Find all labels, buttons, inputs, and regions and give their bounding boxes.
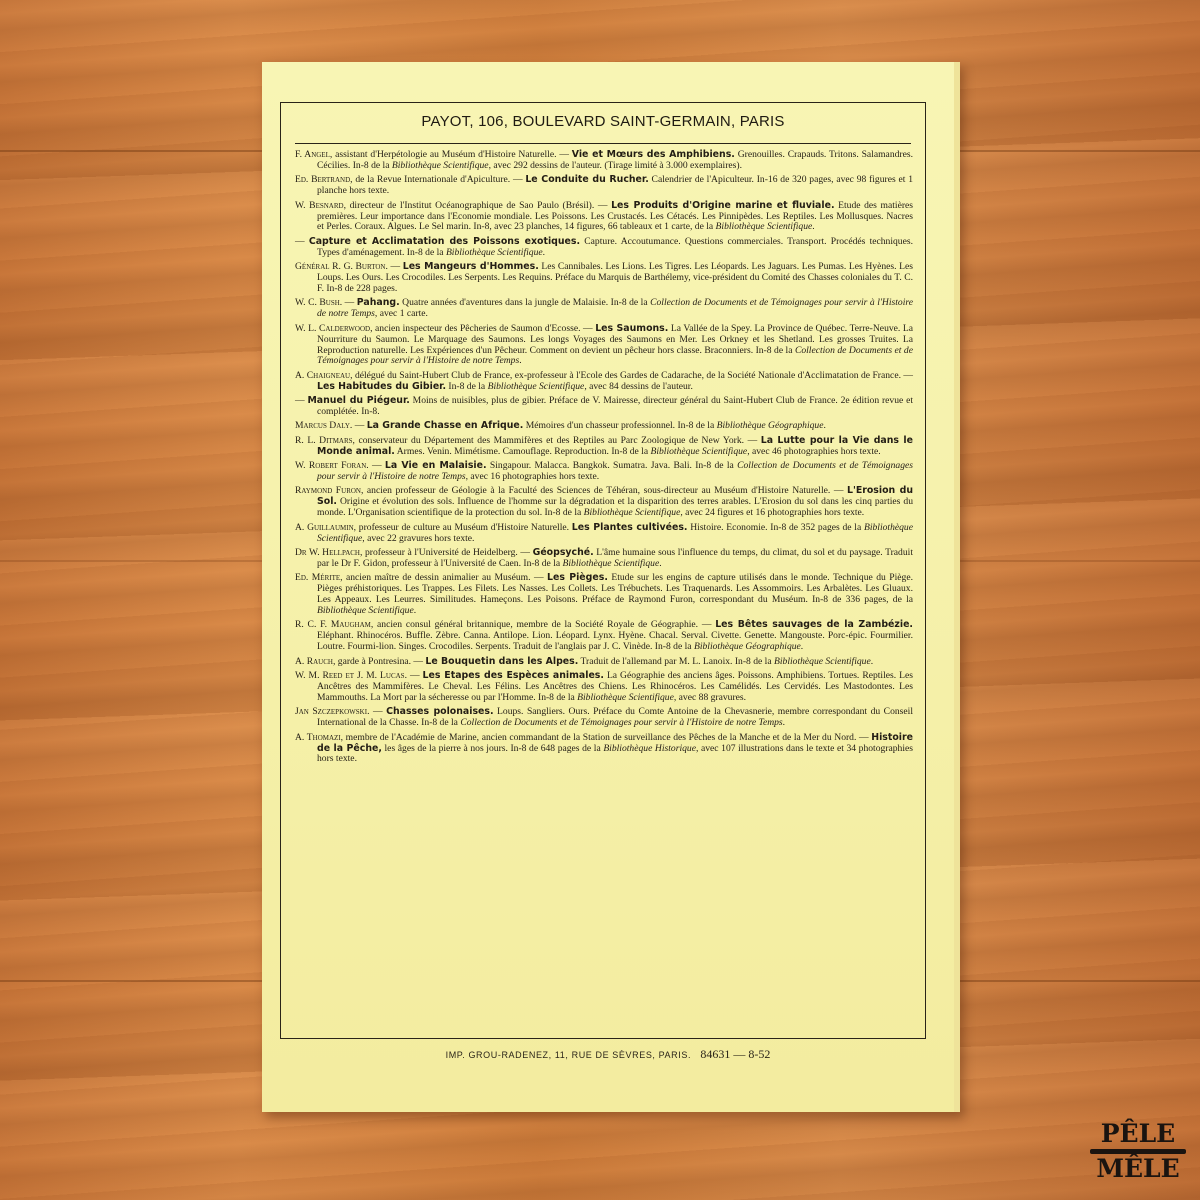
- entry-title: Les Pièges.: [547, 572, 608, 583]
- catalogue-entry: Ed. Bertrand, de la Revue Internationale…: [295, 175, 913, 197]
- catalogue-entry: A. Thomazi, membre de l'Académie de Mari…: [295, 733, 913, 766]
- entry-author: Ed. Mérite: [295, 572, 340, 583]
- catalogue-entry: W. M. Reed et J. M. Lucas. — Les Etapes …: [295, 671, 913, 704]
- catalogue-entry: A. Chaigneau, délégué du Saint-Hubert Cl…: [295, 371, 913, 393]
- entry-title: La Grande Chasse en Afrique.: [367, 420, 524, 431]
- entry-details: Quatre années d'aventures dans la jungle…: [400, 297, 650, 308]
- catalogue-entry: Ed. Mérite, ancien maître de dessin anim…: [295, 573, 913, 617]
- entry-tail: , avec 24 figures et 16 photographies ho…: [680, 507, 864, 518]
- entry-title: La Vie en Malaisie.: [385, 460, 487, 471]
- entry-description: , assistant d'Herpétologie au Muséum d'H…: [330, 149, 572, 160]
- entry-details: Traduit de l'allemand par M. L. Lanoix. …: [578, 656, 774, 667]
- entry-description: . —: [366, 460, 385, 471]
- catalogue-entry: Jan Szczepkowski. — Chasses polonaises. …: [295, 707, 913, 729]
- entry-tail: .: [801, 641, 803, 652]
- imprint-number: 84631 — 8-52: [700, 1047, 770, 1061]
- entry-title: Les Etapes des Espèces animales.: [423, 670, 604, 681]
- entry-author: W. Besnard: [295, 200, 344, 211]
- entry-author: A. Thomazi: [295, 732, 341, 743]
- entry-description: . —: [350, 420, 367, 431]
- entry-series: Bibliothèque Scientifique: [584, 507, 681, 518]
- catalogue-entry: Raymond Furon, ancien professeur de Géol…: [295, 486, 913, 519]
- entry-tail: .: [659, 558, 661, 569]
- entry-tail: .: [783, 717, 785, 728]
- catalogue-entry: W. L. Calderwood, ancien inspecteur des …: [295, 324, 913, 368]
- entry-series: Bibliothèque Scientifique: [488, 381, 585, 392]
- entry-series: Bibliothèque Géographique: [694, 641, 801, 652]
- entry-author: A. Chaigneau: [295, 370, 350, 381]
- entry-author: Général R. G. Burton: [295, 261, 385, 272]
- entry-description: . —: [405, 670, 423, 681]
- publisher-header: PAYOT, 106, BOULEVARD SAINT-GERMAIN, PAR…: [281, 103, 925, 137]
- entry-title: Les Bêtes sauvages de la Zambézie.: [715, 619, 913, 630]
- entry-description: , professeur à l'Université de Heidelber…: [360, 547, 533, 558]
- entry-description: , délégué du Saint-Hubert Club de France…: [350, 370, 913, 381]
- entry-description: , ancien maître de dessin animalier au M…: [340, 572, 547, 583]
- entry-author: F. Angel: [295, 149, 330, 160]
- entry-details: Mémoires d'un chasseur professionnel. In…: [523, 420, 716, 431]
- catalogue-entry: — Manuel du Piégeur. Moins de nuisibles,…: [295, 396, 913, 418]
- entry-description: , directeur de l'Institut Océanographiqu…: [344, 200, 611, 211]
- entry-tail: .: [823, 420, 825, 431]
- entry-description: . —: [367, 706, 386, 717]
- entry-title: Les Plantes cultivées.: [572, 522, 688, 533]
- entry-author: Raymond Furon: [295, 485, 361, 496]
- entry-title: Les Mangeurs d'Hommes.: [403, 261, 539, 272]
- entry-author: Dr W. Hellpach: [295, 547, 360, 558]
- entry-description: , garde à Pontresina. —: [333, 656, 425, 667]
- entry-description: , de la Revue Internationale d'Apicultur…: [350, 174, 525, 185]
- entry-title: Géopsyché.: [533, 547, 594, 558]
- entry-series: Bibliothèque Scientifique: [446, 247, 543, 258]
- entry-series: Bibliothèque Scientifique: [650, 446, 747, 457]
- imprint-text: IMP. GROU-RADENEZ, 11, RUE DE SÈVRES, PA…: [446, 1050, 691, 1060]
- logo-line-1: PÊLE: [1090, 1121, 1186, 1147]
- entry-author: W. M. Reed et J. M. Lucas: [295, 670, 405, 681]
- entry-series: Bibliothèque Scientifique: [774, 656, 871, 667]
- entry-series: Bibliothèque Historique: [603, 743, 696, 754]
- entry-tail: .: [812, 221, 814, 232]
- entry-tail: , avec 1 carte.: [375, 308, 428, 319]
- entry-title: Le Conduite du Rucher.: [525, 174, 648, 185]
- entry-details: Armes. Venin. Mimétisme. Camouflage. Rep…: [395, 446, 651, 457]
- catalogue-entry: Marcus Daly. — La Grande Chasse en Afriq…: [295, 421, 913, 432]
- entry-title: Les Habitudes du Gibier.: [317, 381, 446, 392]
- catalogue-entry: W. C. Bush. — Pahang. Quatre années d'av…: [295, 298, 913, 320]
- logo-line-2: MÊLE: [1090, 1156, 1186, 1182]
- entry-description: , conservateur du Département des Mammif…: [353, 435, 761, 446]
- entry-author: W. L. Calderwood: [295, 323, 370, 334]
- catalogue-entry: Dr W. Hellpach, professeur à l'Universit…: [295, 548, 913, 570]
- entry-description: , ancien inspecteur des Pêcheries de Sau…: [370, 323, 595, 334]
- catalogue-entry: F. Angel, assistant d'Herpétologie au Mu…: [295, 150, 913, 172]
- entry-description: , ancien consul général britannique, mem…: [371, 619, 715, 630]
- entry-title: Les Saumons.: [595, 323, 668, 334]
- entry-tail: .: [543, 247, 545, 258]
- pele-mele-watermark: PÊLE MÊLE: [1090, 1121, 1186, 1182]
- book-back-cover: PAYOT, 106, BOULEVARD SAINT-GERMAIN, PAR…: [262, 62, 960, 1112]
- entry-details: les âges de la pierre à nos jours. In-8 …: [382, 743, 603, 754]
- catalogue-entry: R. C. F. Maugham, ancien consul général …: [295, 620, 913, 653]
- entry-author: R. L. Ditmars: [295, 435, 353, 446]
- entry-description: , membre de l'Académie de Marine, ancien…: [341, 732, 872, 743]
- entry-author: W. Robert Foran: [295, 460, 366, 471]
- entry-tail: , avec 46 photographies hors texte.: [747, 446, 880, 457]
- entry-title: Vie et Mœurs des Amphibiens.: [572, 149, 735, 160]
- catalogue-entry: A. Rauch, garde à Pontresina. — Le Bouqu…: [295, 657, 913, 668]
- entry-title: Pahang.: [357, 297, 400, 308]
- entry-author: Ed. Bertrand: [295, 174, 350, 185]
- entry-description: , professeur de culture au Muséum d'Hist…: [354, 522, 572, 533]
- entry-author: —: [295, 236, 305, 247]
- printer-imprint: IMP. GROU-RADENEZ, 11, RUE DE SÈVRES, PA…: [262, 1047, 954, 1062]
- entry-tail: , avec 16 photographies hors texte.: [466, 471, 599, 482]
- entry-series: Collection de Documents et de Témoignage…: [460, 717, 782, 728]
- entry-description: . —: [385, 261, 402, 272]
- entry-title: Manuel du Piégeur.: [307, 395, 409, 406]
- entry-author: R. C. F. Maugham: [295, 619, 371, 630]
- entry-author: A. Rauch: [295, 656, 333, 667]
- text-frame: PAYOT, 106, BOULEVARD SAINT-GERMAIN, PAR…: [280, 102, 926, 1039]
- entry-tail: , avec 22 gravures hors texte.: [362, 533, 474, 544]
- catalogue-entry: W. Robert Foran. — La Vie en Malaisie. S…: [295, 461, 913, 483]
- entry-tail: .: [519, 355, 521, 366]
- catalogue-entry: — Capture et Acclimatation des Poissons …: [295, 237, 913, 259]
- entry-details: In-8 de la: [446, 381, 488, 392]
- entry-tail: .: [871, 656, 873, 667]
- catalogue-list: F. Angel, assistant d'Herpétologie au Mu…: [281, 150, 925, 765]
- catalogue-entry: W. Besnard, directeur de l'Institut Océa…: [295, 201, 913, 234]
- entry-details: Singapour. Malacca. Bangkok. Sumatra. Ja…: [487, 460, 738, 471]
- entry-author: A. Guillaumin: [295, 522, 354, 533]
- entry-series: Bibliothèque Scientifique: [577, 692, 674, 703]
- entry-series: Bibliothèque Scientifique: [716, 221, 813, 232]
- entry-title: Le Bouquetin dans les Alpes.: [425, 656, 578, 667]
- entry-series: Bibliothèque Scientifique: [563, 558, 660, 569]
- entry-title: Chasses polonaises.: [386, 706, 493, 717]
- entry-tail: , avec 292 dessins de l'auteur. (Tirage …: [489, 160, 742, 171]
- entry-title: Les Produits d'Origine marine et fluvial…: [611, 200, 834, 211]
- entry-series: Bibliothèque Scientifique: [392, 160, 489, 171]
- entry-title: Capture et Acclimatation des Poissons ex…: [309, 236, 580, 247]
- entry-details: Eléphant. Rhinocéros. Buffle. Zèbre. Can…: [317, 630, 913, 652]
- header-rule: [295, 143, 911, 144]
- entry-details: Histoire. Economie. In-8 de 352 pages de…: [687, 522, 863, 533]
- entry-tail: , avec 84 dessins de l'auteur.: [584, 381, 693, 392]
- entry-description: . —: [340, 297, 357, 308]
- entry-author: Marcus Daly: [295, 420, 350, 431]
- entry-author: Jan Szczepkowski: [295, 706, 367, 717]
- catalogue-entry: Général R. G. Burton. — Les Mangeurs d'H…: [295, 262, 913, 295]
- entry-author: W. C. Bush: [295, 297, 340, 308]
- catalogue-entry: R. L. Ditmars, conservateur du Départeme…: [295, 436, 913, 458]
- entry-tail: .: [414, 605, 416, 616]
- catalogue-entry: A. Guillaumin, professeur de culture au …: [295, 523, 913, 545]
- entry-series: Bibliothèque Géographique: [717, 420, 824, 431]
- entry-author: —: [295, 395, 305, 406]
- entry-tail: , avec 88 gravures.: [674, 692, 746, 703]
- entry-description: , ancien professeur de Géologie à la Fac…: [361, 485, 847, 496]
- entry-series: Bibliothèque Scientifique: [317, 605, 414, 616]
